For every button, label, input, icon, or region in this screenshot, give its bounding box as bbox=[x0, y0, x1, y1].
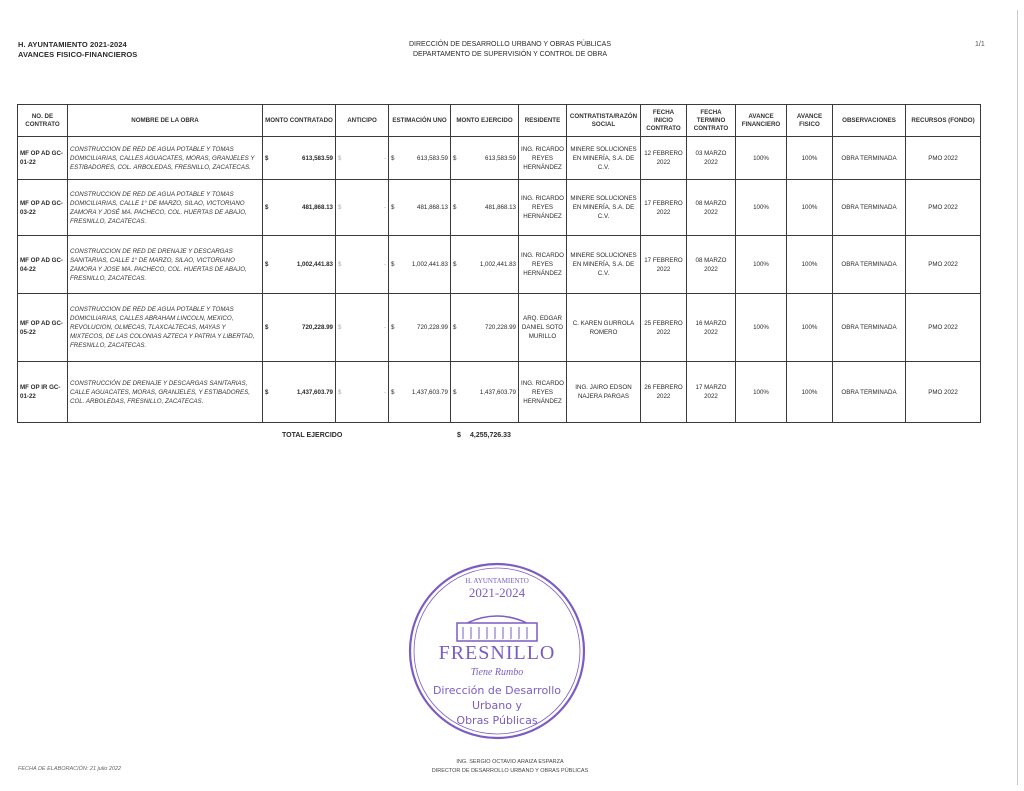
contract-number: MF OP IR GC-01-22 bbox=[18, 362, 68, 423]
amount: 481,868.13 bbox=[485, 203, 516, 212]
physical-progress: 100% bbox=[787, 294, 833, 362]
estimate-one-amount: $1,002,441.83 bbox=[389, 236, 451, 294]
contractor: MINERE SOLUCIONES EN MINERÍA, S.A. DE C.… bbox=[567, 180, 641, 236]
currency-symbol: $ bbox=[338, 260, 341, 269]
currency-symbol: $ bbox=[338, 154, 341, 163]
column-header: NO. DE CONTRATO bbox=[18, 105, 68, 137]
financial-progress: 100% bbox=[736, 362, 787, 423]
official-stamp: H. AYUNTAMIENTO 2021-2024 FRESNILLO Tien… bbox=[397, 561, 597, 741]
amount: - bbox=[384, 260, 386, 269]
start-date: 25 FEBRERO 2022 bbox=[641, 294, 687, 362]
page-number: 1/1 bbox=[975, 41, 985, 48]
department-name: DIRECCIÓN DE DESARROLLO URBANO Y OBRAS P… bbox=[380, 40, 640, 50]
currency-symbol: $ bbox=[453, 323, 456, 332]
currency-symbol: $ bbox=[453, 260, 456, 269]
resident: ING. RICARDO REYES HERNÁNDEZ bbox=[519, 137, 567, 180]
work-name: CONSTRUCCION DE RED DE DRENAJE Y DESCARG… bbox=[68, 236, 263, 294]
financial-progress: 100% bbox=[736, 294, 787, 362]
advance-amount: $- bbox=[336, 236, 389, 294]
column-header: FECHA INICIO CONTRATO bbox=[641, 105, 687, 137]
contractor: MINERE SOLUCIONES EN MINERÍA, S.A. DE C.… bbox=[567, 236, 641, 294]
start-date: 12 FEBRERO 2022 bbox=[641, 137, 687, 180]
column-header: MONTO EJERCIDO bbox=[451, 105, 519, 137]
currency-symbol: $ bbox=[391, 203, 394, 212]
amount: 1,437,603.79 bbox=[412, 388, 448, 397]
currency-symbol: $ bbox=[338, 323, 341, 332]
financial-progress: 100% bbox=[736, 236, 787, 294]
contracted-amount: $481,868.13 bbox=[263, 180, 336, 236]
estimate-one-amount: $613,583.59 bbox=[389, 137, 451, 180]
physical-progress: 100% bbox=[787, 180, 833, 236]
column-header: AVANCE FINANCIERO bbox=[736, 105, 787, 137]
work-name: CONSTRUCCION DE RED DE AGUA POTABLE Y TO… bbox=[68, 137, 263, 180]
amount: - bbox=[384, 154, 386, 163]
column-header: MONTO CONTRATADO bbox=[263, 105, 336, 137]
observations: OBRA TERMINADA bbox=[833, 294, 906, 362]
stamp-city: FRESNILLO bbox=[439, 642, 556, 664]
contracted-amount: $1,437,603.79 bbox=[263, 362, 336, 423]
funding-source: PMO 2022 bbox=[906, 180, 981, 236]
start-date: 26 FEBRERO 2022 bbox=[641, 362, 687, 423]
exercised-amount: $1,002,441.83 bbox=[451, 236, 519, 294]
contracted-amount: $720,228.99 bbox=[263, 294, 336, 362]
column-header: RESIDENTE bbox=[519, 105, 567, 137]
amount: 1,002,441.83 bbox=[480, 260, 516, 269]
currency-symbol: $ bbox=[391, 260, 394, 269]
column-header: AVANCE FISICO bbox=[787, 105, 833, 137]
currency-symbol: $ bbox=[265, 323, 268, 332]
signature-block: ING. SERGIO OCTAVIO ARAIZA ESPARZA DIREC… bbox=[380, 758, 640, 776]
signer-title: DIRECTOR DE DESARROLLO URBANO Y OBRAS PÚ… bbox=[380, 767, 640, 776]
stamp-top: H. AYUNTAMIENTO bbox=[465, 577, 529, 585]
currency-symbol: $ bbox=[453, 388, 456, 397]
estimate-one-amount: $720,228.99 bbox=[389, 294, 451, 362]
contract-number: MF OP AD GC-05-22 bbox=[18, 294, 68, 362]
report-title: AVANCES FISICO-FINANCIEROS bbox=[18, 50, 137, 60]
physical-progress: 100% bbox=[787, 137, 833, 180]
estimate-one-amount: $1,437,603.79 bbox=[389, 362, 451, 423]
work-name: CONSTRUCCIÓN DE DRENAJE Y DESCARGAS SANI… bbox=[68, 362, 263, 423]
contractor: C. KAREN GURROLA ROMERO bbox=[567, 294, 641, 362]
column-header: RECURSOS (FONDO) bbox=[906, 105, 981, 137]
amount: 481,868.13 bbox=[417, 203, 448, 212]
stamp-years: 2021-2024 bbox=[469, 585, 526, 600]
work-name: CONSTRUCCION DE RED DE AGUA POTABLE Y TO… bbox=[68, 294, 263, 362]
advance-amount: $- bbox=[336, 180, 389, 236]
org-name: H. AYUNTAMIENTO 2021-2024 bbox=[18, 40, 137, 50]
currency-symbol: $ bbox=[338, 203, 341, 212]
estimate-one-amount: $481,868.13 bbox=[389, 180, 451, 236]
total-currency: $ bbox=[457, 432, 461, 439]
resident: ING. RICARDO REYES HERNÁNDEZ bbox=[519, 362, 567, 423]
advance-amount: $- bbox=[336, 294, 389, 362]
total-label: TOTAL EJERCIDO bbox=[282, 432, 342, 439]
elaboration-date: FECHA DE ELABORACIÓN: 21 julio 2022 bbox=[18, 766, 121, 772]
physical-progress: 100% bbox=[787, 236, 833, 294]
funding-source: PMO 2022 bbox=[906, 137, 981, 180]
observations: OBRA TERMINADA bbox=[833, 362, 906, 423]
work-name: CONSTRUCCION DE RED DE AGUA POTABLE Y TO… bbox=[68, 180, 263, 236]
contractor: ING. JAIRO EDSON NAJERA PARGAS bbox=[567, 362, 641, 423]
contractor: MINERE SOLUCIONES EN MINERÍA, S.A. DE C.… bbox=[567, 137, 641, 180]
contract-number: MF OP AD GC-03-22 bbox=[18, 180, 68, 236]
table-row: MF OP AD GC-03-22CONSTRUCCION DE RED DE … bbox=[18, 180, 981, 236]
end-date: 16 MARZO 2022 bbox=[687, 294, 736, 362]
table-header-row: NO. DE CONTRATONOMBRE DE LA OBRAMONTO CO… bbox=[18, 105, 981, 137]
signer-name: ING. SERGIO OCTAVIO ARAIZA ESPARZA bbox=[380, 758, 640, 767]
exercised-amount: $481,868.13 bbox=[451, 180, 519, 236]
resident: ING. RICARDO REYES HERNÁNDEZ bbox=[519, 236, 567, 294]
table-row: MF OP AD GC-04-22CONSTRUCCION DE RED DE … bbox=[18, 236, 981, 294]
currency-symbol: $ bbox=[265, 154, 268, 163]
amount: 1,437,603.79 bbox=[297, 388, 333, 397]
currency-symbol: $ bbox=[391, 388, 394, 397]
table-row: MF OP AD GC-01-22CONSTRUCCION DE RED DE … bbox=[18, 137, 981, 180]
stamp-line2: Urbano y bbox=[472, 699, 522, 712]
total-value: 4,255,726.33 bbox=[470, 432, 511, 439]
column-header: ANTICIPO bbox=[336, 105, 389, 137]
currency-symbol: $ bbox=[453, 154, 456, 163]
advance-amount: $- bbox=[336, 362, 389, 423]
advance-amount: $- bbox=[336, 137, 389, 180]
column-header: CONTRATISTA/RAZÓN SOCIAL bbox=[567, 105, 641, 137]
currency-symbol: $ bbox=[391, 154, 394, 163]
end-date: 08 MARZO 2022 bbox=[687, 180, 736, 236]
amount: 1,002,441.83 bbox=[297, 260, 333, 269]
exercised-amount: $720,228.99 bbox=[451, 294, 519, 362]
currency-symbol: $ bbox=[391, 323, 394, 332]
amount: 613,583.59 bbox=[302, 154, 333, 163]
physical-progress: 100% bbox=[787, 362, 833, 423]
resident: ARQ. EDGAR DANIEL SOTO MURILLO bbox=[519, 294, 567, 362]
column-header: OBSERVACIONES bbox=[833, 105, 906, 137]
amount: 613,583.59 bbox=[485, 154, 516, 163]
document-header-dept: DIRECCIÓN DE DESARROLLO URBANO Y OBRAS P… bbox=[380, 40, 640, 60]
contracted-amount: $1,002,441.83 bbox=[263, 236, 336, 294]
works-table: NO. DE CONTRATONOMBRE DE LA OBRAMONTO CO… bbox=[17, 104, 981, 423]
amount: - bbox=[384, 203, 386, 212]
end-date: 08 MARZO 2022 bbox=[687, 236, 736, 294]
contracted-amount: $613,583.59 bbox=[263, 137, 336, 180]
funding-source: PMO 2022 bbox=[906, 294, 981, 362]
amount: 720,228.99 bbox=[417, 323, 448, 332]
amount: 481,868.13 bbox=[302, 203, 333, 212]
exercised-amount: $613,583.59 bbox=[451, 137, 519, 180]
currency-symbol: $ bbox=[265, 388, 268, 397]
observations: OBRA TERMINADA bbox=[833, 180, 906, 236]
amount: - bbox=[384, 323, 386, 332]
start-date: 17 FEBRERO 2022 bbox=[641, 180, 687, 236]
resident: ING. RICARDO REYES HERNÁNDEZ bbox=[519, 180, 567, 236]
observations: OBRA TERMINADA bbox=[833, 137, 906, 180]
contract-number: MF OP AD GC-01-22 bbox=[18, 137, 68, 180]
funding-source: PMO 2022 bbox=[906, 362, 981, 423]
amount: 720,228.99 bbox=[302, 323, 333, 332]
document-header-org: H. AYUNTAMIENTO 2021-2024 AVANCES FISICO… bbox=[18, 40, 137, 60]
column-header: ESTIMACIÓN UNO bbox=[389, 105, 451, 137]
start-date: 17 FEBRERO 2022 bbox=[641, 236, 687, 294]
currency-symbol: $ bbox=[265, 260, 268, 269]
table-row: MF OP AD GC-05-22CONSTRUCCION DE RED DE … bbox=[18, 294, 981, 362]
amount: 613,583.59 bbox=[417, 154, 448, 163]
stamp-line3: Obras Públicas bbox=[456, 714, 537, 727]
amount: 1,437,603.79 bbox=[480, 388, 516, 397]
contract-number: MF OP AD GC-04-22 bbox=[18, 236, 68, 294]
end-date: 03 MARZO 2022 bbox=[687, 137, 736, 180]
stamp-line1: Dirección de Desarrollo bbox=[433, 684, 561, 697]
observations: OBRA TERMINADA bbox=[833, 236, 906, 294]
stamp-motto: Tiene Rumbo bbox=[471, 667, 524, 678]
page-edge bbox=[1017, 10, 1018, 785]
exercised-amount: $1,437,603.79 bbox=[451, 362, 519, 423]
funding-source: PMO 2022 bbox=[906, 236, 981, 294]
financial-progress: 100% bbox=[736, 137, 787, 180]
amount: 720,228.99 bbox=[485, 323, 516, 332]
currency-symbol: $ bbox=[265, 203, 268, 212]
amount: 1,002,441.83 bbox=[412, 260, 448, 269]
column-header: NOMBRE DE LA OBRA bbox=[68, 105, 263, 137]
financial-progress: 100% bbox=[736, 180, 787, 236]
table-row: MF OP IR GC-01-22CONSTRUCCIÓN DE DRENAJE… bbox=[18, 362, 981, 423]
amount: - bbox=[384, 388, 386, 397]
currency-symbol: $ bbox=[338, 388, 341, 397]
subdepartment-name: DEPARTAMENTO DE SUPERVISIÓN Y CONTROL DE… bbox=[380, 50, 640, 60]
end-date: 17 MARZO 2022 bbox=[687, 362, 736, 423]
currency-symbol: $ bbox=[453, 203, 456, 212]
column-header: FECHA TERMINO CONTRATO bbox=[687, 105, 736, 137]
